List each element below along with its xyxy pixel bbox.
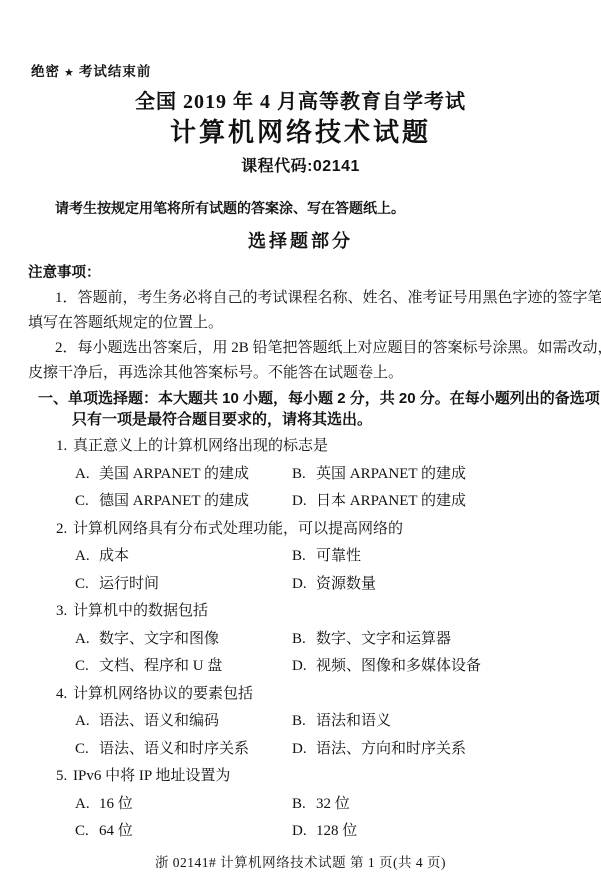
question-stem: 3.计算机中的数据包括 [56, 598, 593, 626]
option-label: A. [75, 626, 99, 654]
part-one-text: 单项选择题：本大题共 10 小题，每小题 2 分，共 20 分。在每小题列出的备… [68, 390, 601, 407]
option-label: A. [75, 708, 99, 736]
option-text: 可靠性 [316, 548, 361, 564]
section-title: 选择题部分 [0, 227, 601, 253]
option-text: 数字、文字和图像 [99, 631, 219, 647]
option-b: B.英国 ARPANET 的建成 [292, 461, 593, 489]
notes-label: 注意事项： [28, 261, 587, 286]
option-text: 英国 ARPANET 的建成 [316, 466, 466, 482]
option-d: D.资源数量 [292, 571, 593, 599]
option-text: 数字、文字和运算器 [316, 631, 451, 647]
option-d: D.日本 ARPANET 的建成 [292, 488, 593, 516]
question-number: 2. [56, 516, 73, 544]
option-text: 16 位 [99, 796, 133, 812]
option-d: D.视频、图像和多媒体设备 [292, 653, 593, 681]
option-group: A.美国 ARPANET 的建成 B.英国 ARPANET 的建成 C.德国 A… [75, 461, 593, 516]
exam-session-title: 全国 2019 年 4 月高等教育自学考试 [0, 85, 601, 114]
option-text: 日本 ARPANET 的建成 [316, 493, 466, 509]
option-b: B.数字、文字和运算器 [292, 626, 593, 654]
question-stem: 5.IPv6 中将 IP 地址设置为 [56, 763, 593, 791]
option-label: D. [292, 818, 316, 846]
question-text: 真正意义上的计算机网络出现的标志是 [73, 438, 328, 454]
question-5: 5.IPv6 中将 IP 地址设置为 A.16 位 B.32 位 C.64 位 … [56, 763, 593, 846]
option-text: 语法和语义 [316, 713, 391, 729]
option-text: 128 位 [316, 823, 357, 839]
option-label: D. [292, 571, 316, 599]
option-label: C. [75, 736, 99, 764]
option-label: D. [292, 653, 316, 681]
question-number: 3. [56, 598, 73, 626]
part-one-heading: 一、单项选择题：本大题共 10 小题，每小题 2 分，共 20 分。在每小题列出… [38, 388, 595, 430]
security-classification: 绝密★考试结束前 [31, 60, 151, 80]
question-2: 2.计算机网络具有分布式处理功能，可以提高网络的 A.成本 B.可靠性 C.运行… [56, 516, 593, 599]
option-text: 视频、图像和多媒体设备 [316, 658, 481, 674]
question-4: 4.计算机网络协议的要素包括 A.语法、语义和编码 B.语法和语义 C.语法、语… [56, 681, 593, 764]
answer-sheet-instruction: 请考生按规定用笔将所有试题的答案涂、写在答题纸上。 [55, 198, 405, 218]
question-1: 1.真正意义上的计算机网络出现的标志是 A.美国 ARPANET 的建成 B.英… [56, 433, 593, 516]
option-label: B. [292, 461, 316, 489]
option-a: A.美国 ARPANET 的建成 [75, 461, 292, 489]
notes-block: 注意事项： 1．答题前，考生务必将自己的考试课程名称、姓名、准考证号用黑色字迹的… [28, 261, 587, 386]
option-label: B. [292, 791, 316, 819]
option-label: C. [75, 818, 99, 846]
option-label: B. [292, 626, 316, 654]
security-prefix: 绝密 [31, 64, 60, 79]
security-suffix: 考试结束前 [79, 64, 152, 79]
option-d: D.语法、方向和时序关系 [292, 736, 593, 764]
option-d: D.128 位 [292, 818, 593, 846]
question-number: 1. [56, 433, 73, 461]
note-2-line-2: 皮擦干净后，再选涂其他答案标号。不能答在试题卷上。 [28, 361, 587, 386]
option-group: A.语法、语义和编码 B.语法和语义 C.语法、语义和时序关系 D.语法、方向和… [75, 708, 593, 763]
option-text: 资源数量 [316, 576, 376, 592]
option-label: B. [292, 543, 316, 571]
option-a: A.数字、文字和图像 [75, 626, 292, 654]
question-text: 计算机中的数据包括 [73, 603, 208, 619]
note-1-line-2: 填写在答题纸规定的位置上。 [28, 311, 587, 336]
part-one-heading-line-2: 只有一项是最符合题目要求的，请将其选出。 [72, 409, 595, 430]
exam-paper-page: 绝密★考试结束前 全国 2019 年 4 月高等教育自学考试 计算机网络技术试题… [0, 0, 601, 886]
question-text: 计算机网络协议的要素包括 [73, 686, 253, 702]
option-c: C.文档、程序和 U 盘 [75, 653, 292, 681]
option-c: C.语法、语义和时序关系 [75, 736, 292, 764]
option-group: A.16 位 B.32 位 C.64 位 D.128 位 [75, 791, 593, 846]
question-number: 4. [56, 681, 73, 709]
option-a: A.16 位 [75, 791, 292, 819]
option-group: A.成本 B.可靠性 C.运行时间 D.资源数量 [75, 543, 593, 598]
part-one-label: 一、 [38, 390, 68, 407]
option-text: 64 位 [99, 823, 133, 839]
option-text: 德国 ARPANET 的建成 [99, 493, 249, 509]
option-text: 美国 ARPANET 的建成 [99, 466, 249, 482]
option-c: C.德国 ARPANET 的建成 [75, 488, 292, 516]
option-text: 语法、语义和时序关系 [99, 741, 249, 757]
option-label: A. [75, 543, 99, 571]
note-item-1: 1．答题前，考生务必将自己的考试课程名称、姓名、准考证号用黑色字迹的签字笔或钢笔… [28, 286, 587, 336]
option-label: D. [292, 488, 316, 516]
note-item-2: 2．每小题选出答案后，用 2B 铅笔把答题纸上对应题目的答案标号涂黑。如需改动，… [28, 336, 587, 386]
option-c: C.运行时间 [75, 571, 292, 599]
question-stem: 2.计算机网络具有分布式处理功能，可以提高网络的 [56, 516, 593, 544]
option-text: 语法、语义和编码 [99, 713, 219, 729]
question-text: 计算机网络具有分布式处理功能，可以提高网络的 [73, 521, 403, 537]
option-group: A.数字、文字和图像 B.数字、文字和运算器 C.文档、程序和 U 盘 D.视频… [75, 626, 593, 681]
option-label: C. [75, 571, 99, 599]
option-a: A.语法、语义和编码 [75, 708, 292, 736]
option-text: 文档、程序和 U 盘 [99, 658, 222, 674]
option-b: B.32 位 [292, 791, 593, 819]
option-label: D. [292, 736, 316, 764]
option-c: C.64 位 [75, 818, 292, 846]
option-text: 语法、方向和时序关系 [316, 741, 466, 757]
option-a: A.成本 [75, 543, 292, 571]
page-footer: 浙 02141# 计算机网络技术试题 第 1 页(共 4 页) [0, 851, 601, 871]
option-text: 成本 [99, 548, 129, 564]
option-b: B.可靠性 [292, 543, 593, 571]
note-2-line-1: 2．每小题选出答案后，用 2B 铅笔把答题纸上对应题目的答案标号涂黑。如需改动，… [28, 336, 587, 361]
exam-title: 计算机网络技术试题 [0, 112, 601, 149]
question-text: IPv6 中将 IP 地址设置为 [73, 768, 230, 784]
star-icon: ★ [60, 67, 79, 79]
question-stem: 4.计算机网络协议的要素包括 [56, 681, 593, 709]
option-label: A. [75, 791, 99, 819]
question-list: 1.真正意义上的计算机网络出现的标志是 A.美国 ARPANET 的建成 B.英… [56, 433, 593, 846]
course-code: 课程代码:02141 [0, 153, 601, 176]
option-b: B.语法和语义 [292, 708, 593, 736]
option-label: A. [75, 461, 99, 489]
option-text: 32 位 [316, 796, 350, 812]
option-label: C. [75, 653, 99, 681]
question-number: 5. [56, 763, 73, 791]
part-one-heading-line-1: 一、单项选择题：本大题共 10 小题，每小题 2 分，共 20 分。在每小题列出… [38, 388, 595, 409]
question-3: 3.计算机中的数据包括 A.数字、文字和图像 B.数字、文字和运算器 C.文档、… [56, 598, 593, 681]
option-text: 运行时间 [99, 576, 159, 592]
option-label: C. [75, 488, 99, 516]
note-1-line-1: 1．答题前，考生务必将自己的考试课程名称、姓名、准考证号用黑色字迹的签字笔或钢笔 [28, 286, 587, 311]
option-label: B. [292, 708, 316, 736]
question-stem: 1.真正意义上的计算机网络出现的标志是 [56, 433, 593, 461]
